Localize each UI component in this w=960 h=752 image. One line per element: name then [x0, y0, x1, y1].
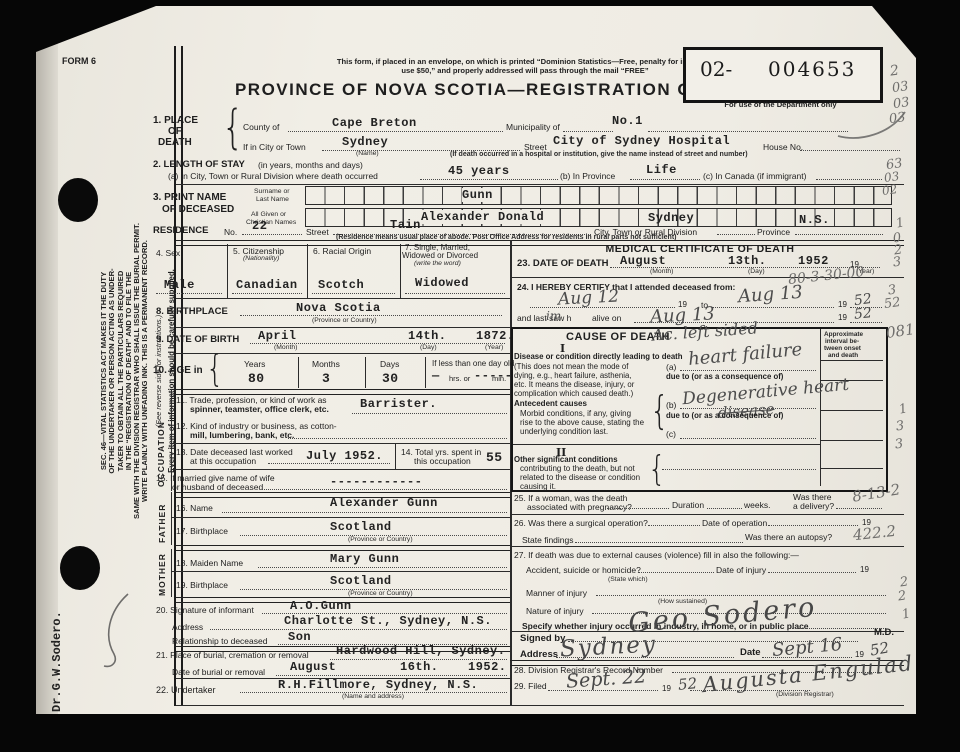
- f2-label: 2. LENGTH OF STAY: [153, 159, 245, 170]
- town-value: Sydney: [342, 135, 388, 149]
- form-number: FORM 6: [62, 56, 96, 66]
- age-days-value: 30: [382, 371, 399, 386]
- father-vertical-label: FATHER: [157, 493, 167, 543]
- f27-printed19: 19: [860, 565, 869, 574]
- interval-header4: and death: [828, 352, 858, 359]
- cause-d5: complication which caused death.): [514, 389, 633, 398]
- age-less-label: If less than one day old: [432, 359, 514, 368]
- f23-month-note: (Month): [650, 268, 673, 275]
- f24-printed19c: 19: [838, 313, 847, 322]
- punch-hole-top: [58, 178, 98, 222]
- cause-d2: (This does not mean the mode of: [514, 362, 628, 371]
- hospital-note: (If death occurred in a hospital or inst…: [450, 151, 890, 158]
- f1-of: OF: [168, 126, 182, 137]
- street-value: City of Sydney Hospital: [553, 134, 730, 148]
- cause-ante4: underlying condition last.: [520, 427, 608, 436]
- nationality-note: (Nationality): [243, 255, 279, 262]
- sex-value: Male: [164, 278, 195, 292]
- residence-province-value: N.S.: [799, 213, 830, 227]
- f17-value: Scotland: [330, 520, 392, 534]
- cause-c-label: (c): [666, 429, 676, 439]
- f14-value: 55: [486, 450, 503, 465]
- residence-street-value: Tain: [390, 218, 421, 232]
- interval-header3: tween onset: [824, 345, 861, 352]
- f24-label: 24. I HEREBY CERTIFY that I attended dec…: [517, 282, 735, 292]
- surname-value: Gunn: [462, 188, 493, 202]
- f3-number: 3. PRINT NAME: [153, 192, 226, 203]
- birthplace-note: (Province or Country): [312, 317, 377, 324]
- f1-brace: {: [222, 101, 244, 155]
- f26-dateop-label: Date of operation: [702, 518, 767, 528]
- racial-origin-value: Scotch: [318, 278, 364, 292]
- f21-date-year: 1952.: [468, 660, 507, 674]
- f19-note: (Province or Country): [348, 590, 413, 597]
- registration-prefix: 02-: [700, 57, 732, 81]
- cause-dueto2: due to (or as a consequence of): [666, 411, 783, 420]
- interval-header1: Approximate: [824, 331, 863, 338]
- punch-hole-bottom: [60, 546, 100, 590]
- marital-value: Widowed: [415, 276, 469, 290]
- f21-date-month: August: [290, 660, 336, 674]
- f23-label: 23. DATE OF DEATH: [517, 258, 609, 269]
- f27-accident-label: Accident, suicide or homicide?: [526, 565, 641, 575]
- f13-label2: at this occupation: [190, 456, 256, 466]
- cause-o4: causing it.: [520, 482, 556, 491]
- dob-label: 9. DATE OF BIRTH: [156, 334, 239, 345]
- cause-o1: Other significant conditions: [514, 455, 618, 464]
- f25-delivery-label: a delivery?: [793, 501, 834, 511]
- flourish-left-bracket: [98, 592, 138, 672]
- f26-autopsy-label: Was there an autopsy?: [745, 532, 832, 542]
- f18-label: 18. Maiden Name: [176, 558, 243, 568]
- f26-label: 26. Was there a surgical operation?: [514, 518, 648, 528]
- birthplace-label: 8. BIRTHPLACE: [156, 306, 228, 317]
- surname-cells: [305, 186, 892, 205]
- medical-certificate-title: MEDICAL CERTIFICATE OF DEATH: [515, 243, 885, 255]
- cause-d1: Disease or condition directly leading to…: [514, 352, 683, 361]
- f3-number2: OF DECEASED: [162, 204, 234, 215]
- f29-printed19: 19: [662, 684, 671, 693]
- surname-label2: Last Name: [256, 196, 289, 203]
- f13-value: July 1952.: [306, 449, 383, 463]
- f23-day-note: (Day): [748, 268, 765, 275]
- town-label: If in City or Town: [243, 142, 306, 152]
- f20-value: A.O.Gunn: [290, 599, 352, 613]
- cause-ante3: rise to the above cause, stating the: [520, 418, 644, 427]
- f2a-value: 45 years: [448, 164, 510, 178]
- f17-note: (Province or Country): [348, 536, 413, 543]
- f20-relationship-value: Son: [288, 630, 311, 644]
- age-months-label: Months: [312, 359, 340, 369]
- f16-value: Alexander Gunn: [330, 496, 438, 510]
- f22-label: 22. Undertaker: [156, 685, 216, 695]
- cause-d4: etc. It means the disease, injury, or: [514, 380, 634, 389]
- county-label: County of: [243, 122, 279, 132]
- f2a-label: (a) In City, Town or Rural Division wher…: [168, 171, 378, 181]
- f20-relationship-label: Relationship to deceased: [172, 636, 267, 646]
- age-months-value: 3: [322, 371, 330, 386]
- f16-label: 16. Name: [176, 503, 213, 513]
- f27-nature-label: Nature of injury: [526, 606, 584, 616]
- f26-statefindings-label: State findings: [522, 535, 574, 545]
- margin-note: 02: [881, 182, 898, 198]
- f27-label: 27. If death was due to external causes …: [514, 550, 799, 560]
- dob-month: April: [258, 329, 297, 343]
- dob-day: 14th.: [408, 329, 447, 343]
- f24-printed19b: 19: [838, 300, 847, 309]
- f11-value: Barrister.: [360, 397, 437, 411]
- county-value: Cape Breton: [332, 116, 417, 130]
- residence-no-label: No.: [224, 227, 237, 237]
- f20-label: 20. Signature of informant: [156, 605, 254, 615]
- cause-a-label: (a): [666, 362, 676, 372]
- cause-b-label: (b): [666, 400, 676, 410]
- f18-value: Mary Gunn: [330, 552, 399, 566]
- margin-note: 03: [891, 79, 909, 96]
- death-certificate-scan: Dr.G.W.Sodero. SEC. 46—VITAL STATISTICS …: [0, 0, 960, 752]
- scan-bottom-band: [0, 714, 960, 752]
- f25-duration-label: Duration: [672, 500, 704, 510]
- margin-note: 2: [889, 62, 900, 79]
- doctor-name-vertical: Dr.G.W.Sodero.: [50, 562, 64, 712]
- f29-label: 29. Filed: [514, 681, 547, 691]
- interval-header2: interval be-: [825, 338, 859, 345]
- f22-value: R.H.Fillmore, Sydney, N.S.: [278, 678, 478, 692]
- f24-h-scrawl: im: [546, 309, 561, 323]
- registration-number: 004653: [768, 57, 856, 81]
- f17-label: 17. Birthplace: [176, 526, 228, 536]
- f21-label: 21. Place of burial, cremation or remova…: [156, 650, 309, 660]
- date-label: Date: [740, 647, 761, 658]
- age-years-value: 80: [248, 371, 265, 386]
- name-note: (Name): [356, 150, 379, 157]
- dob-day-note: (Day): [420, 344, 437, 351]
- md-label: M.D.: [874, 627, 894, 638]
- f15-label2: or husband of deceased: [172, 482, 263, 492]
- cause-d3: dying, e.g., heart failure, asthenia,: [514, 371, 631, 380]
- racial-origin-label: 6. Racial Origin: [313, 246, 371, 256]
- age-brace: {: [206, 347, 224, 390]
- mother-vertical-label: MOTHER: [157, 544, 167, 596]
- f27-dateinjury-label: Date of injury: [716, 565, 766, 575]
- marital-note: (write the word): [414, 260, 461, 267]
- f25-weeks-label: weeks.: [744, 500, 770, 510]
- cause-ante2: Morbid conditions, if any, giving: [520, 409, 631, 418]
- statute-line: WRITE PLAINLY WITH UNFADING INK. THIS IS…: [141, 92, 149, 650]
- citizenship-value: Canadian: [236, 278, 298, 292]
- dob-month-note: (Month): [274, 344, 297, 351]
- age-hrs-label: hrs. or: [449, 374, 470, 383]
- f21-date-label: Date of burial or removal: [172, 667, 265, 677]
- scan-right-band: [916, 0, 960, 752]
- f2c-label: (c) In Canada (if immigrant): [703, 171, 806, 181]
- f14-label2: this occupation: [414, 456, 471, 466]
- municipality-label: Municipality of: [506, 122, 560, 132]
- f1-death: DEATH: [158, 137, 192, 148]
- age-years-label: Years: [244, 359, 265, 369]
- residence-division-value: Sydney: [648, 211, 694, 225]
- f15-value: ------------: [330, 475, 422, 489]
- residence-no-value: 22: [252, 219, 267, 233]
- f20-address-label: Address: [172, 622, 203, 632]
- given-names-value: Alexander Donald: [421, 210, 544, 224]
- cause-ante1: Antecedent causes: [514, 399, 587, 408]
- age-hrs-dash: —: [432, 369, 440, 383]
- age-min-label: min.: [492, 374, 506, 383]
- dob-year: 1872.: [476, 329, 515, 343]
- f19-value: Scotland: [330, 574, 392, 588]
- sex-label: 4. Sex: [156, 248, 180, 258]
- f11-label2: spinner, teamster, office clerk, etc.: [190, 404, 329, 414]
- cause-o3: related to the disease or condition: [520, 473, 640, 482]
- f21-date-day: 16th.: [400, 660, 439, 674]
- division-registrar-note: (Division Registrar): [776, 691, 834, 698]
- residence-street-label: Street: [306, 227, 329, 237]
- f19-label: 19. Birthplace: [176, 580, 228, 590]
- f27-statewhich-note: (State which): [608, 576, 648, 583]
- f22-note: (Name and address): [342, 693, 404, 700]
- address-label: Address: [520, 649, 558, 660]
- dob-year-note: (Year): [485, 344, 503, 351]
- marital-label2: Widowed or Divorced: [402, 251, 478, 260]
- f27-manner-label: Manner of injury: [526, 588, 587, 598]
- surname-label1: Surname or: [254, 188, 290, 195]
- age-days-label: Days: [380, 359, 399, 369]
- f1-number: 1. PLACE: [153, 115, 198, 126]
- municipality-value: No.1: [612, 114, 643, 128]
- f2b-value: Life: [646, 163, 677, 177]
- f24-alive-label: alive on: [592, 313, 621, 323]
- residence-label: RESIDENCE: [153, 225, 208, 236]
- f21-value: Hardwood Hill, Sydney.: [336, 644, 505, 658]
- f2b-label: (b) In Province: [560, 171, 615, 181]
- cause-o2: contributing to the death, but not: [520, 464, 635, 473]
- f12-label2: mill, lumbering, bank, etc.: [190, 430, 294, 440]
- f20-address-value: Charlotte St., Sydney, N.S.: [284, 614, 492, 628]
- margin-note: 03: [888, 110, 906, 127]
- f2-label2: (in years, months and days): [258, 160, 363, 170]
- f24-lastsaw-label: and last saw h: [517, 313, 571, 323]
- margin-note: 52: [883, 295, 901, 312]
- age-label: 10. AGE in: [153, 365, 203, 376]
- birthplace-value: Nova Scotia: [296, 301, 381, 315]
- cause-dueto1: due to (or as a consequence of): [666, 372, 783, 381]
- given-label1: All Given or: [251, 211, 286, 218]
